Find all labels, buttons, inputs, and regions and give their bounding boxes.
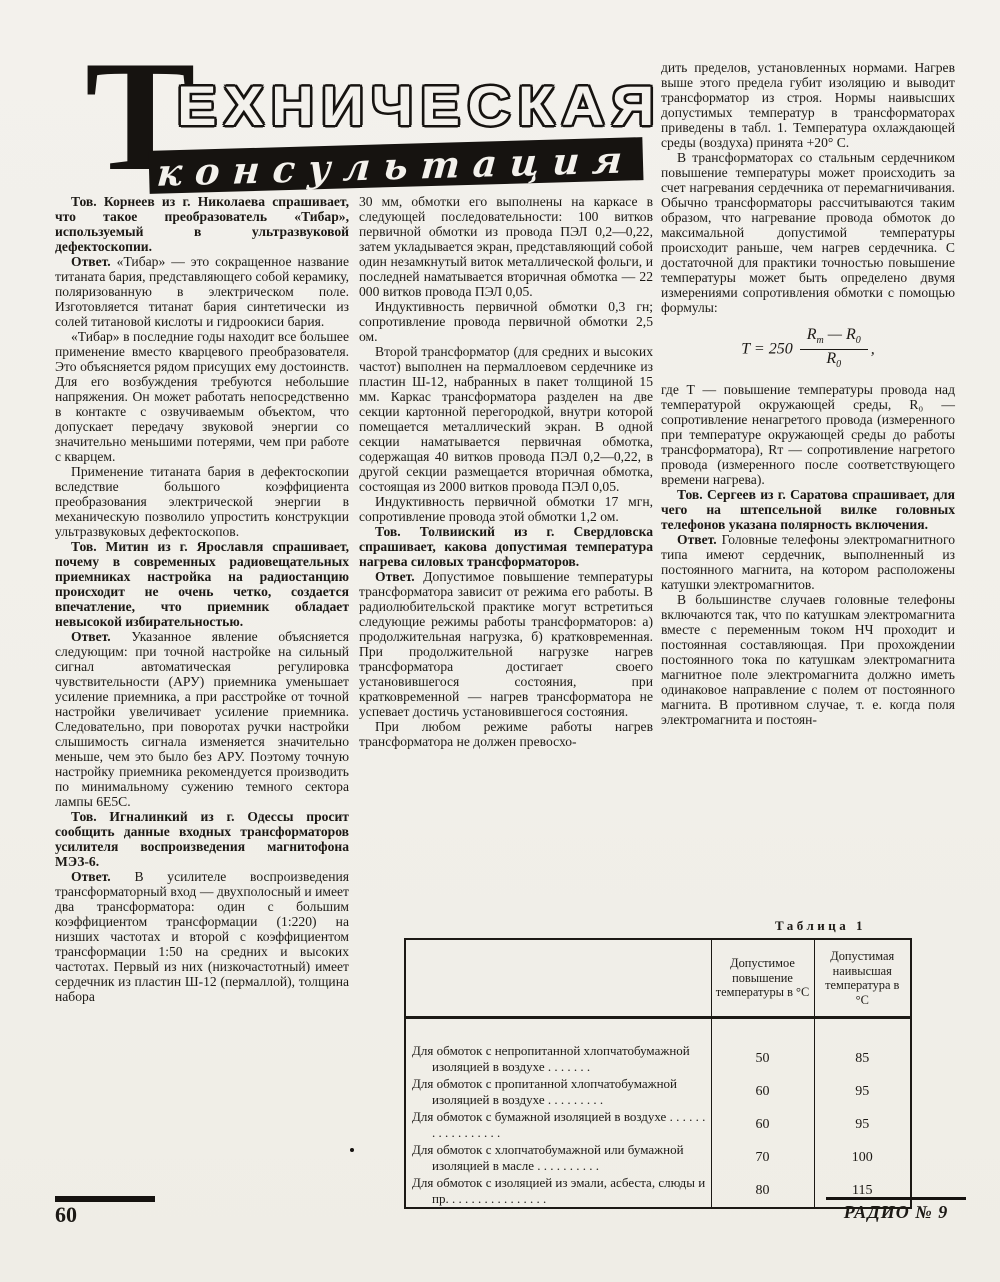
formula-fraction: Rт — R0 R0 xyxy=(800,327,868,372)
table-header-rise: Допустимое повышение температуры в °С xyxy=(711,939,814,1018)
formula-numerator: Rт — R0 xyxy=(800,327,868,350)
formula-lhs: T xyxy=(741,340,750,357)
body-paragraph: В трансформаторах со стальным сердечнико… xyxy=(661,150,955,315)
formula-r-cold: R xyxy=(846,326,856,343)
temperature-formula: T = 250 Rт — R0 R0 , xyxy=(661,327,955,372)
question-paragraph: Тов. Корнеев из г. Николаева спрашивает,… xyxy=(55,194,349,254)
question-paragraph: Тов. Сергеев из г. Саратова спрашивает, … xyxy=(661,487,955,532)
row-max-value: 100 xyxy=(814,1141,911,1174)
body-paragraph: Применение титаната бария в дефектоскопи… xyxy=(55,464,349,539)
masthead-banner-text: консультация xyxy=(155,137,636,194)
table-row: Для обмоток с бумажной изоляцией в возду… xyxy=(405,1108,911,1141)
body-paragraph: где Т — повышение температуры провода на… xyxy=(661,382,955,487)
text-column-left: Тов. Корнеев из г. Николаева спрашивает,… xyxy=(55,194,349,1004)
row-leader-dots: . . . . . . . . . . . . . . . xyxy=(452,1191,546,1206)
text-column-middle: 30 мм, обмотки его выполнены на каркасе … xyxy=(359,194,653,749)
row-label: Для обмоток с бумажной изоляцией в возду… xyxy=(412,1109,666,1124)
answer-text: Допустимое повышение температуры трансфо… xyxy=(359,569,653,719)
row-leader-dots: . . . . . . . xyxy=(548,1059,590,1074)
answer-paragraph: Ответ. В усилителе воспроизведения транс… xyxy=(55,869,349,1004)
formula-denominator: R0 xyxy=(800,350,868,372)
table-row: Для обмоток с непропитанной хлопчатобума… xyxy=(405,1018,911,1076)
row-leader-dots: . . . . . . . . . xyxy=(548,1092,603,1107)
masthead-title: ЕХНИЧЕСКАЯ xyxy=(177,78,662,134)
section-masthead: Т ЕХНИЧЕСКАЯ консультация xyxy=(85,56,650,192)
row-max-value: 85 xyxy=(814,1018,911,1076)
formula-comma: , xyxy=(871,340,875,357)
formula-r-hot-sub: т xyxy=(816,335,823,346)
question-paragraph: Тов. Митин из г. Ярославля спрашивает, п… xyxy=(55,539,349,629)
answer-text: В усилителе воспроизведения трансформато… xyxy=(55,869,349,1004)
text-column-right: дить пределов, установленных нормами. На… xyxy=(661,60,955,727)
answer-paragraph: Ответ. Допустимое повышение температуры … xyxy=(359,569,653,719)
magazine-page: { "masthead": { "initial": "Т", "title":… xyxy=(0,0,1000,1282)
body-paragraph: Индуктивность первичной обмотки 17 мгн, … xyxy=(359,494,653,524)
formula-equals: = 250 xyxy=(754,340,793,357)
formula-minus: — xyxy=(828,326,842,343)
body-paragraph: При любом режиме работы нагрев трансформ… xyxy=(359,719,653,749)
row-max-value: 95 xyxy=(814,1108,911,1141)
body-paragraph: Индуктивность первичной обмотки 0,3 гн; … xyxy=(359,299,653,344)
answer-lead: Ответ. xyxy=(375,569,415,584)
temperature-table: Допустимое повышение температуры в °С До… xyxy=(404,938,912,1209)
magazine-issue-label: РАДИО № 9 xyxy=(818,1202,974,1223)
body-paragraph: В большинстве случаев головные телефоны … xyxy=(661,592,955,727)
answer-paragraph: Ответ. «Тибар» — это сокращенное названи… xyxy=(55,254,349,329)
table-row: Для обмоток с хлопчатобумажной или бумаж… xyxy=(405,1141,911,1174)
body-paragraph: дить пределов, установленных нормами. На… xyxy=(661,60,955,150)
row-rise-value: 70 xyxy=(711,1141,814,1174)
table-header-empty xyxy=(405,939,711,1018)
table-header-max: Допустимая наивысшая температура в °С xyxy=(814,939,911,1018)
body-paragraph: Второй трансформатор (для средних и высо… xyxy=(359,344,653,494)
answer-text: Указанное явление объясняется следующим:… xyxy=(55,629,349,809)
answer-lead: Ответ. xyxy=(71,254,111,269)
answer-paragraph: Ответ. Указанное явление объясняется сле… xyxy=(55,629,349,809)
row-label: Для обмоток с пропитанной хлопчатобумажн… xyxy=(412,1076,677,1107)
table-header-row: Допустимое повышение температуры в °С До… xyxy=(405,939,911,1018)
row-rise-value: 60 xyxy=(711,1108,814,1141)
formula-r0-sub: 0 xyxy=(836,359,841,370)
question-paragraph: Тов. Толвииский из г. Свердловска спраши… xyxy=(359,524,653,569)
magazine-rule xyxy=(826,1197,966,1200)
row-rise-value: 80 xyxy=(711,1174,814,1208)
answer-lead: Ответ. xyxy=(71,629,111,644)
row-rise-value: 50 xyxy=(711,1018,814,1076)
page-number: 60 xyxy=(55,1202,77,1228)
question-paragraph: Тов. Игналинкий из г. Одессы просит сооб… xyxy=(55,809,349,869)
masthead-banner: консультация xyxy=(148,137,643,194)
formula-r0: R xyxy=(826,350,836,367)
formula-r-cold-sub: 0 xyxy=(856,335,861,346)
table-row: Для обмоток с пропитанной хлопчатобумажн… xyxy=(405,1075,911,1108)
row-rise-value: 60 xyxy=(711,1075,814,1108)
row-max-value: 95 xyxy=(814,1075,911,1108)
table-title: Таблица 1 xyxy=(404,918,910,934)
row-leader-dots: . . . . . . . . . . xyxy=(537,1158,599,1173)
answer-lead: Ответ. xyxy=(71,869,111,884)
body-paragraph: 30 мм, обмотки его выполнены на каркасе … xyxy=(359,194,653,299)
answer-paragraph: Ответ. Головные телефоны электромагнитно… xyxy=(661,532,955,592)
formula-r-hot: R xyxy=(807,326,817,343)
ink-dot-artifact xyxy=(350,1148,354,1152)
body-paragraph: «Тибар» в последние годы находит все бол… xyxy=(55,329,349,464)
answer-lead: Ответ. xyxy=(677,532,717,547)
